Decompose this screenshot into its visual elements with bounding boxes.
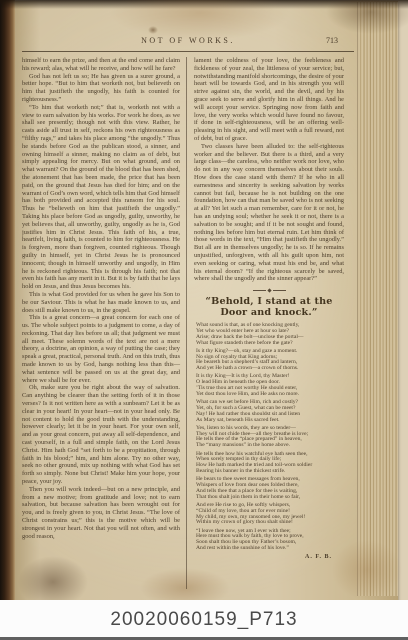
header-rule [22,51,354,52]
printed-page-content: NOT OF WORKS. 713 himself to earn the pr… [22,36,354,589]
page-header-title: NOT OF WORKS. [22,36,354,45]
prose-paragraph: Oh, make sure you be right about the way… [22,384,180,485]
page-fore-edge [357,2,398,596]
poem-stanza: He bears to thee sweet messages from hea… [196,477,344,500]
poem-stanza: “I leave thee now, yet am I ever with th… [196,529,344,552]
right-column: lament the coldness of your love, the fe… [187,57,344,589]
poem-stanza: It is thy King—It is thy Lord, thy Maste… [196,374,344,397]
page-number-label: 713 [326,36,338,45]
running-head: NOT OF WORKS. 713 [22,36,354,48]
prose-paragraph: himself to earn the prize, and then at t… [22,57,180,73]
book-page-photo: NOT OF WORKS. 713 himself to earn the pr… [0,0,408,640]
prose-paragraph: lament the coldness of your love, the fe… [194,57,344,143]
archive-label-strip: 20020060159_P713 [0,600,408,640]
poem-stanza: Yes, listen to his words, they are so te… [196,426,344,449]
prose-paragraph: Then you will work indeed—but on a new p… [22,486,180,541]
prose-paragraph: God has not left us so; He has given us … [22,73,180,104]
poem-attribution: A. F. B. [194,554,344,560]
left-column: himself to earn the prize, and then at t… [22,57,187,589]
prose-paragraph: This is a great concern—a great concern … [22,314,180,384]
poem-section-heading: “Behold, I stand at the Door and knock.” [194,296,344,318]
poem-stanza: He tells thee how his watchful eye hath … [196,452,344,475]
prose-paragraph: Two classes have been alluded to: the se… [194,143,344,283]
poem-stanza: And ere He rise to go, He softly whisper… [196,503,344,526]
prose-paragraph: “To him that worketh not;” that is, work… [22,104,180,291]
text-columns: himself to earn the prize, and then at t… [22,57,354,589]
archive-id-label: 20020060159_P713 [110,609,297,631]
poem-stanza: What sound is that, as of one knocking g… [196,323,344,346]
prose-paragraph: This is what God provided for us when he… [22,291,180,314]
poem-stanza: What can we set before Him, rich and cos… [196,400,344,423]
book-binding-edge [0,0,15,600]
poem-stanza: Is it thy King?—oh, stay and gaze a mome… [196,349,344,372]
photo-top-shadow [0,0,408,9]
section-divider-ornament [194,289,344,292]
